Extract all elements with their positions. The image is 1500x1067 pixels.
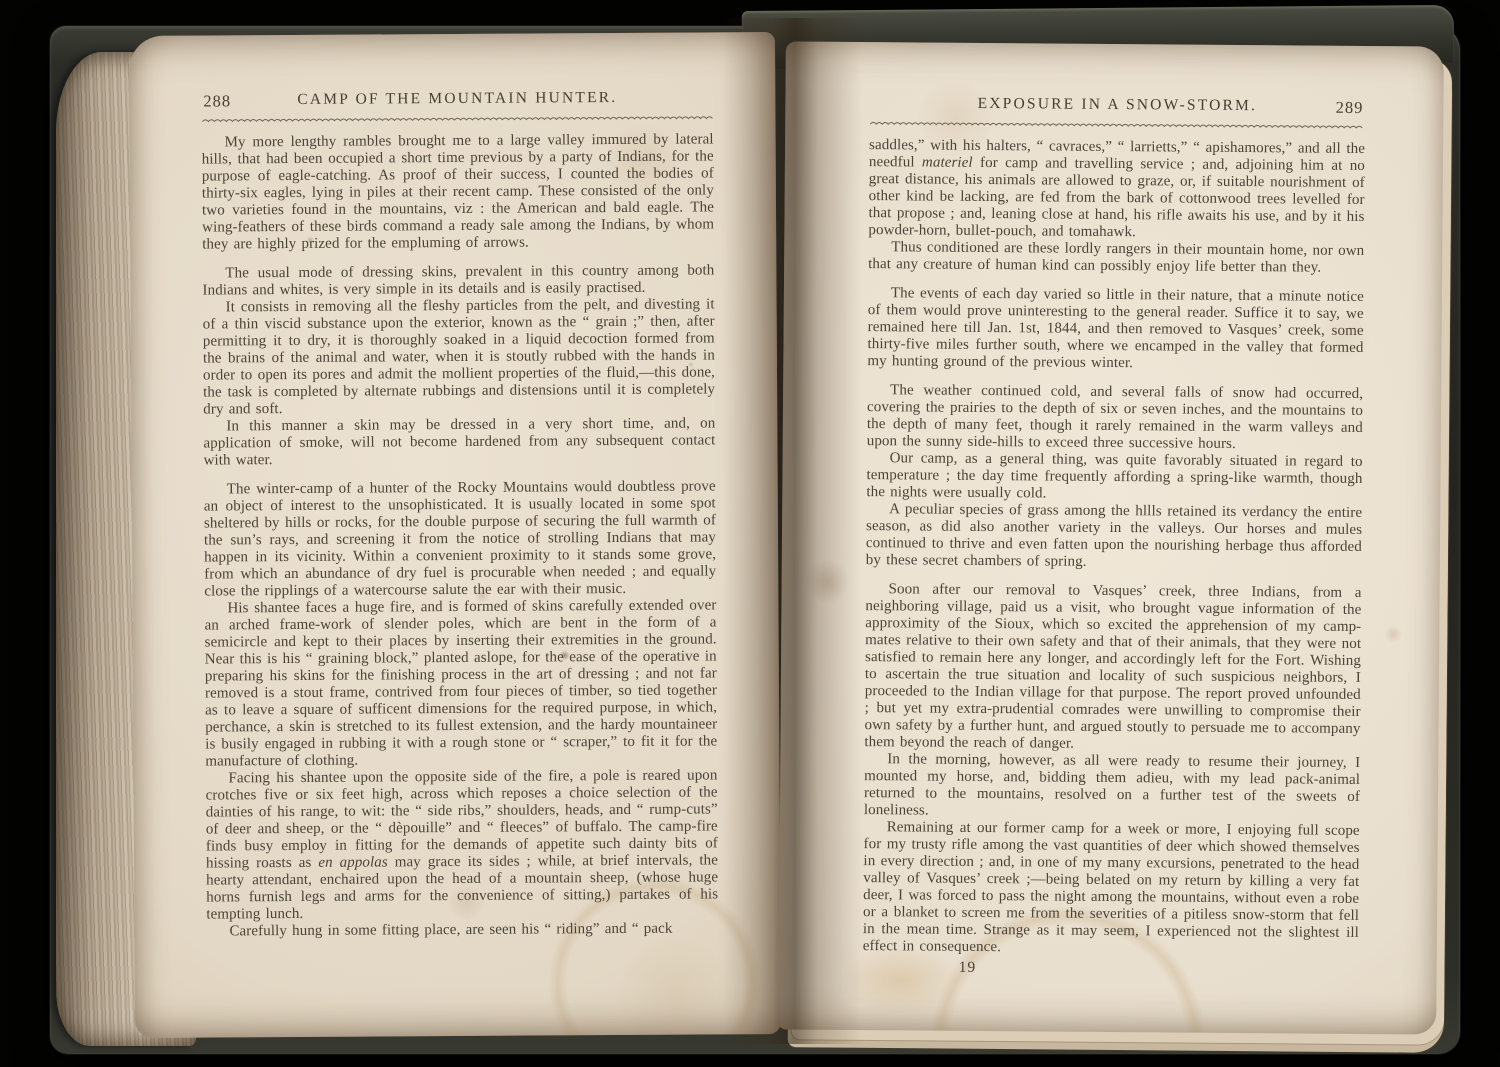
right-page-body-text: saddles,” with his halters, “ cavraces,”… (863, 137, 1365, 959)
paragraph: Our camp, as a general thing, was quite … (866, 450, 1362, 505)
left-page-number: 288 (203, 91, 231, 111)
text-segment: The usual mode of dressing skins, preval… (202, 262, 714, 298)
paragraph: Remaining at our former camp for a week … (863, 819, 1360, 959)
right-running-head: EXPOSURE IN A SNOW-STORM. 289 (869, 94, 1365, 118)
paragraph: A peculiar species of grass among the hl… (866, 501, 1363, 573)
text-segment: Thus conditioned are these lordly ranger… (868, 239, 1364, 275)
right-page: EXPOSURE IN A SNOW-STORM. 289 saddles,” … (778, 41, 1444, 1034)
signature-mark: 19 (959, 959, 1359, 980)
right-page-printed-area: EXPOSURE IN A SNOW-STORM. 289 saddles,” … (862, 94, 1365, 998)
photo-background: 288 CAMP OF THE MOUNTAIN HUNTER. My more… (0, 0, 1500, 1067)
right-page-number: 289 (1336, 98, 1364, 118)
paragraph: The usual mode of dressing skins, preval… (202, 262, 714, 299)
paragraph: saddles,” with his halters, “ cavraces,”… (868, 137, 1365, 243)
text-segment: A peculiar species of grass among the hl… (866, 501, 1363, 570)
ornamental-wavy-rule (201, 113, 713, 124)
text-segment: The weather continued cold, and several … (867, 382, 1364, 452)
text-segment: My more lengthy rambles brought me to a … (202, 131, 715, 252)
paragraph: In the morning, however, as all were rea… (864, 751, 1361, 823)
paragraph: It consists in removing all the fleshy p… (203, 296, 716, 418)
left-running-head: 288 CAMP OF THE MOUNTAIN HUNTER. (201, 88, 713, 111)
left-running-head-title: CAMP OF THE MOUNTAIN HUNTER. (297, 89, 617, 108)
paragraph: Thus conditioned are these lordly ranger… (868, 239, 1364, 277)
italic-text: en appolas (318, 854, 388, 870)
text-segment: Remaining at our former camp for a week … (863, 819, 1360, 955)
paragraph: Soon after our removal to Vasques’ creek… (864, 581, 1361, 755)
paragraph: In this manner a skin may be dressed in … (203, 415, 715, 469)
paragraph: His shantee faces a huge fire, and is fo… (204, 597, 717, 770)
paragraph: Carefully hung in some fitting place, ar… (206, 920, 718, 940)
ornamental-wavy-rule (869, 119, 1365, 131)
text-segment: In this manner a skin may be dressed in … (203, 415, 715, 468)
paragraph: My more lengthy rambles brought me to a … (202, 131, 715, 253)
text-segment: It consists in removing all the fleshy p… (203, 296, 716, 417)
text-segment: The winter-camp of a hunter of the Rocky… (204, 478, 717, 599)
text-segment: The events of each day varied so little … (867, 285, 1364, 371)
text-segment: His shantee faces a huge fire, and is fo… (204, 597, 717, 769)
text-segment: Carefully hung in some fitting place, ar… (229, 921, 672, 940)
text-segment: Our camp, as a general thing, was quite … (866, 450, 1362, 501)
left-page-body-text: My more lengthy rambles brought me to a … (202, 131, 719, 940)
right-running-head-title: EXPOSURE IN A SNOW-STORM. (978, 95, 1258, 114)
italic-text: materiel (922, 155, 973, 171)
paragraph: The weather continued cold, and several … (867, 382, 1364, 454)
text-segment: Soon after our removal to Vasques’ creek… (864, 581, 1361, 751)
paragraph: The events of each day varied so little … (867, 285, 1364, 374)
text-segment: In the morning, however, as all were rea… (864, 751, 1361, 818)
paragraph: Facing his shantee upon the opposite sid… (205, 767, 718, 923)
left-page: 288 CAMP OF THE MOUNTAIN HUNTER. My more… (129, 32, 781, 1038)
paragraph: The winter-camp of a hunter of the Rocky… (204, 478, 717, 600)
left-page-printed-area: 288 CAMP OF THE MOUNTAIN HUNTER. My more… (201, 88, 719, 997)
